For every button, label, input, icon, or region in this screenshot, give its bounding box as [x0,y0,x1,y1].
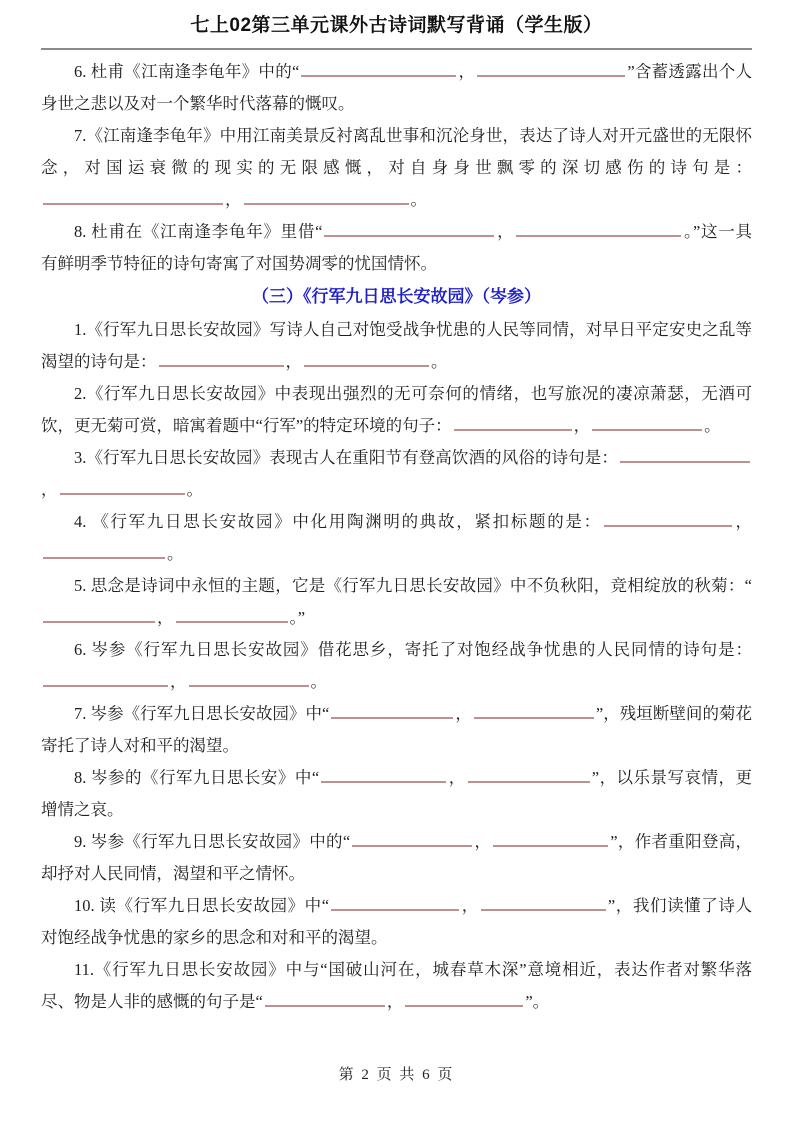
text-run: 7.《江南逢李龟年》中用江南美景反衬离乱世事和沉沦身世，表达了诗人对开元盛世的无… [41,126,752,177]
answer-blank[interactable] [474,702,594,719]
text-run: ， [461,896,479,915]
text-run: 9. 岑参《行军九日思长安故园》中的“ [74,832,350,851]
text-run: ， [41,480,58,499]
text-run: ， [734,512,752,531]
answer-blank[interactable] [620,446,750,463]
answer-blank[interactable] [43,188,223,205]
question-paragraph: 7. 岑参《行军九日思长安故园》中“，”，残垣断壁间的菊花寄托了诗人对和平的渴望… [41,698,752,762]
text-run: 。 [167,544,184,563]
answer-blank[interactable] [43,606,155,623]
question-paragraph: 8. 岑参的《行军九日思长安》中“，”，以乐景写哀情，更增情之哀。 [41,762,752,826]
text-run: ， [574,416,591,435]
text-run: 8. 岑参的《行军九日思长安》中“ [74,768,319,787]
answer-blank[interactable] [43,542,165,559]
text-run: ， [455,704,472,723]
question-paragraph: 4. 《行军九日思长安故园》中化用陶渊明的典故，紧扣标题的是：，。 [41,506,752,570]
answer-blank[interactable] [176,606,288,623]
text-run: 10. 读《行军九日思长安故园》中“ [74,896,329,915]
question-paragraph: 2.《行军九日思长安故园》中表现出强烈的无可奈何的情绪，也写旅况的凄凉萧瑟，无酒… [41,378,752,442]
text-run: 。” [290,608,306,627]
text-run: 。 [431,352,448,371]
text-run: 6. 杜甫《江南逢李龟年》中的“ [74,62,299,81]
text-run: ， [157,608,174,627]
answer-blank[interactable] [516,220,681,237]
text-run: 。 [187,480,204,499]
question-paragraph: 11.《行军九日思长安故园》中与“国破山河在，城春草木深”意境相近，表达作者对繁… [41,954,752,1018]
text-run: 7. 岑参《行军九日思长安故园》中“ [74,704,329,723]
answer-blank[interactable] [352,830,472,847]
text-run: ， [225,190,242,209]
text-run: ， [448,768,466,787]
answer-blank[interactable] [604,510,732,527]
answer-blank[interactable] [481,894,606,911]
question-paragraph: 3.《行军九日思长安故园》表现古人在重阳节有登高饮酒的风俗的诗句是：，。 [41,442,752,506]
text-run: ， [458,62,475,81]
document-body: 6. 杜甫《江南逢李龟年》中的“，”含蓄透露出个人身世之悲以及对一个繁华时代落幕… [41,50,752,1018]
answer-blank[interactable] [331,702,453,719]
answer-blank[interactable] [454,414,572,431]
question-paragraph: 8. 杜甫在《江南逢李龟年》里借“，。”这一具有鲜明季节特征的诗句寄寓了对国势凋… [41,216,752,280]
answer-blank[interactable] [244,188,409,205]
section-heading: （三）《行军九日思长安故园》（岑参） [41,280,752,314]
question-paragraph: 5. 思念是诗词中永恒的主题，它是《行军九日思长安故园》中不负秋阳，竞相绽放的秋… [41,570,752,634]
text-run: ”。 [525,992,549,1011]
text-run: 。 [411,190,428,209]
answer-blank[interactable] [189,670,309,687]
answer-blank[interactable] [301,60,456,77]
text-run: 5. 思念是诗词中永恒的主题，它是《行军九日思长安故园》中不负秋阳，竞相绽放的秋… [74,576,752,595]
page-number-label: 第 2 页 共 6 页 [339,1067,455,1083]
question-paragraph: 6. 岑参《行军九日思长安故园》借花思乡，寄托了对饱经战争忧患的人民同情的诗句是… [41,634,752,698]
answer-blank[interactable] [159,350,284,367]
text-run: 。 [704,416,721,435]
question-paragraph: 1.《行军九日思长安故园》写诗人自己对饱受战争忧患的人民等同情，对早日平定安史之… [41,314,752,378]
answer-blank[interactable] [592,414,702,431]
text-run: ， [286,352,303,371]
text-run: ， [387,992,404,1011]
question-paragraph: 7.《江南逢李龟年》中用江南美景反衬离乱世事和沉沦身世，表达了诗人对开元盛世的无… [41,120,752,216]
answer-blank[interactable] [493,830,608,847]
answer-blank[interactable] [321,766,446,783]
worksheet-page: 七上02第三单元课外古诗词默写背诵（学生版） 6. 杜甫《江南逢李龟年》中的“，… [0,0,793,1122]
text-run: 。 [311,672,328,691]
question-paragraph: 6. 杜甫《江南逢李龟年》中的“，”含蓄透露出个人身世之悲以及对一个繁华时代落幕… [41,56,752,120]
text-run: ， [496,222,514,241]
answer-blank[interactable] [477,60,625,77]
answer-blank[interactable] [60,478,185,495]
question-paragraph: 10. 读《行军九日思长安故园》中“，”，我们读懂了诗人对饱经战争忧患的家乡的思… [41,890,752,954]
answer-blank[interactable] [468,766,590,783]
page-header: 七上02第三单元课外古诗词默写背诵（学生版） [0,0,793,39]
text-run: 4. 《行军九日思长安故园》中化用陶渊明的典故，紧扣标题的是： [74,512,602,531]
page-footer: 第 2 页 共 6 页 [0,1063,793,1084]
answer-blank[interactable] [265,990,385,1007]
text-run: 6. 岑参《行军九日思长安故园》借花思乡，寄托了对饱经战争忧患的人民同情的诗句是… [74,640,752,659]
answer-blank[interactable] [324,220,494,237]
question-paragraph: 9. 岑参《行军九日思长安故园》中的“，”，作者重阳登高，却抒对人民同情，渴望和… [41,826,752,890]
answer-blank[interactable] [43,670,168,687]
text-run: 8. 杜甫在《江南逢李龟年》里借“ [74,222,322,241]
document-title: 七上02第三单元课外古诗词默写背诵（学生版） [0,13,793,39]
answer-blank[interactable] [331,894,459,911]
text-run: ， [170,672,187,691]
text-run: ， [474,832,491,851]
answer-blank[interactable] [304,350,429,367]
answer-blank[interactable] [405,990,523,1007]
text-run: 3.《行军九日思长安故园》表现古人在重阳节有登高饮酒的风俗的诗句是： [74,448,618,467]
